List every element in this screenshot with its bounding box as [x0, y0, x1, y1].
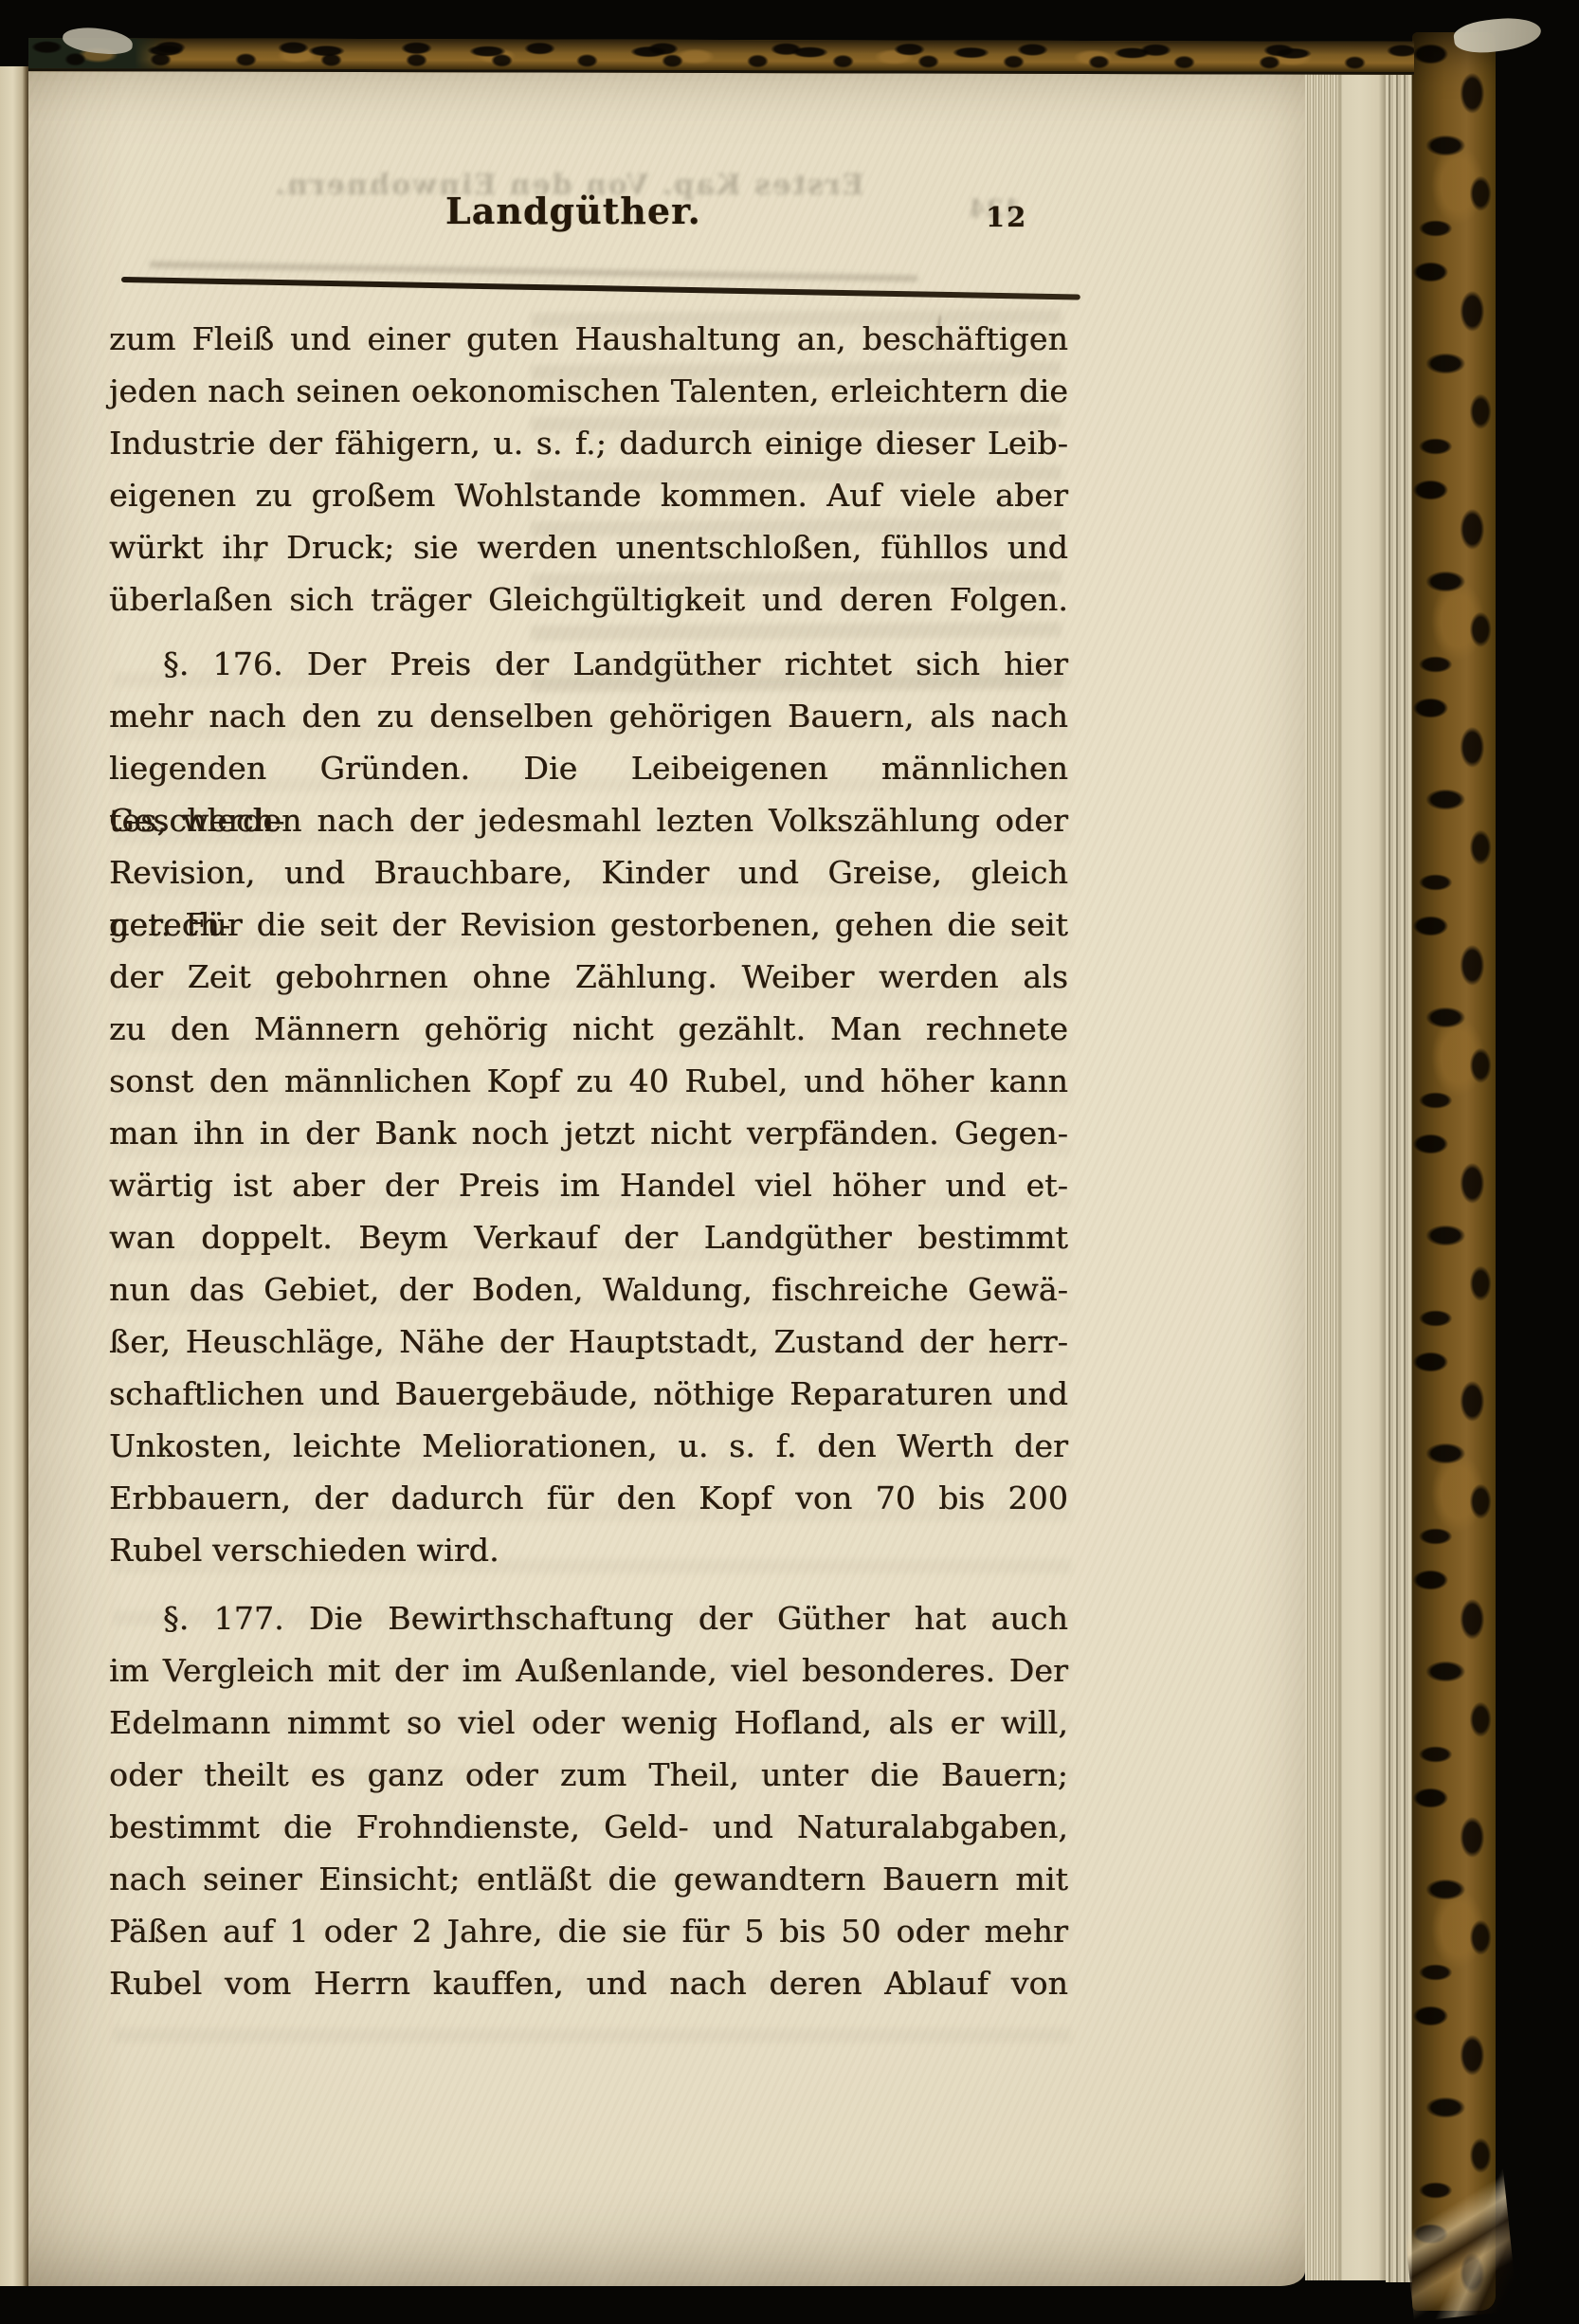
text-line: net. Für die seit der Revision gestorben…: [109, 899, 1068, 951]
text-line: §. 176. Der Preis der Landgüther richtet…: [109, 638, 1068, 690]
text-line: nach seiner Einsicht; entläßt die gewand…: [109, 1853, 1068, 1905]
text-line: eigenen zu großem Wohlstande kommen. Auf…: [109, 469, 1068, 521]
book-scan: Erstes Kap. Von den Einwohnern. 124 Land…: [0, 0, 1579, 2324]
paragraph-176: §. 176. Der Preis der Landgüther richtet…: [109, 638, 1068, 1576]
text-line: würkt ihr Druck; sie werden unentschloße…: [109, 521, 1068, 573]
text-line: der Zeit gebohrnen ohne Zählung. Weiber …: [109, 951, 1068, 1003]
running-head: Landgüther. 12: [109, 190, 1068, 250]
paragraph-1: zum Fleiß und einer guten Haushaltung an…: [109, 313, 1068, 626]
text-line: mehr nach den zu denselben gehörigen Bau…: [109, 690, 1068, 742]
text-line: im Vergleich mit der im Außenlande, viel…: [109, 1644, 1068, 1697]
text-line: Päßen auf 1 oder 2 Jahre, die sie für 5 …: [109, 1905, 1068, 1957]
marbled-cover-right-edge: [1412, 32, 1496, 2311]
text-line: sonst den männlichen Kopf zu 40 Rubel, u…: [109, 1055, 1068, 1107]
text-line: liegenden Gründen. Die Leibeigenen männl…: [109, 742, 1068, 794]
text-line: Rubel verschieden wird.: [109, 1524, 1068, 1576]
text-line: Edelmann nimmt so viel oder wenig Hoflan…: [109, 1697, 1068, 1749]
text-line: jeden nach seinen oekonomischen Talenten…: [109, 365, 1068, 417]
book-page: Erstes Kap. Von den Einwohnern. 124 Land…: [0, 66, 1305, 2286]
text-line: zu den Männern gehörig nicht gezählt. Ma…: [109, 1003, 1068, 1055]
text-line: nun das Gebiet, der Boden, Waldung, fisc…: [109, 1263, 1068, 1316]
text-line: wan doppelt. Beym Verkauf der Landgüther…: [109, 1211, 1068, 1263]
text-line: bestimmt die Frohndienste, Geld- und Nat…: [109, 1801, 1068, 1853]
page-edges-stack-inner: [1305, 63, 1339, 2280]
paragraph-177: §. 177. Die Bewirthschaftung der Güther …: [109, 1592, 1068, 2009]
text-line: überlaßen sich träger Gleichgültigkeit u…: [109, 573, 1068, 626]
page-edges-stack-outer: [1386, 59, 1412, 2282]
text-line: Revision, und Brauchbare, Kinder und Gre…: [109, 846, 1068, 899]
text-line: Unkosten, leichte Meliorationen, u. s. f…: [109, 1420, 1068, 1472]
text-line: Rubel vom Herrn kauffen, und nach deren …: [109, 1957, 1068, 2009]
page-edges-stack-middle: [1339, 61, 1386, 2280]
running-title: Landgüther.: [445, 190, 701, 232]
text-line: Erbbauern, der dadurch für den Kopf von …: [109, 1472, 1068, 1524]
torn-corner-top-right: [1452, 14, 1542, 57]
text-line: schaftlichen und Bauergebäude, nöthige R…: [109, 1368, 1068, 1420]
page-number: 12: [986, 201, 1027, 233]
text-line: tes, werden nach der jedesmahl lezten Vo…: [109, 794, 1068, 846]
text-line: Industrie der fähigern, u. s. f.; dadurc…: [109, 417, 1068, 469]
marbled-cover-top-edge: [28, 38, 1414, 75]
text-line: man ihn in der Bank noch jetzt nicht ver…: [109, 1107, 1068, 1159]
text-line: oder theilt es ganz oder zum Theil, unte…: [109, 1749, 1068, 1801]
header-rule: [121, 277, 1080, 300]
text-line: wärtig ist aber der Preis im Handel viel…: [109, 1159, 1068, 1211]
text-line: ßer, Heuschläge, Nähe der Hauptstadt, Zu…: [109, 1316, 1068, 1368]
text-line: §. 177. Die Bewirthschaftung der Güther …: [109, 1592, 1068, 1644]
adjacent-page-edge: [0, 66, 28, 2286]
text-line: zum Fleiß und einer guten Haushaltung an…: [109, 313, 1068, 365]
